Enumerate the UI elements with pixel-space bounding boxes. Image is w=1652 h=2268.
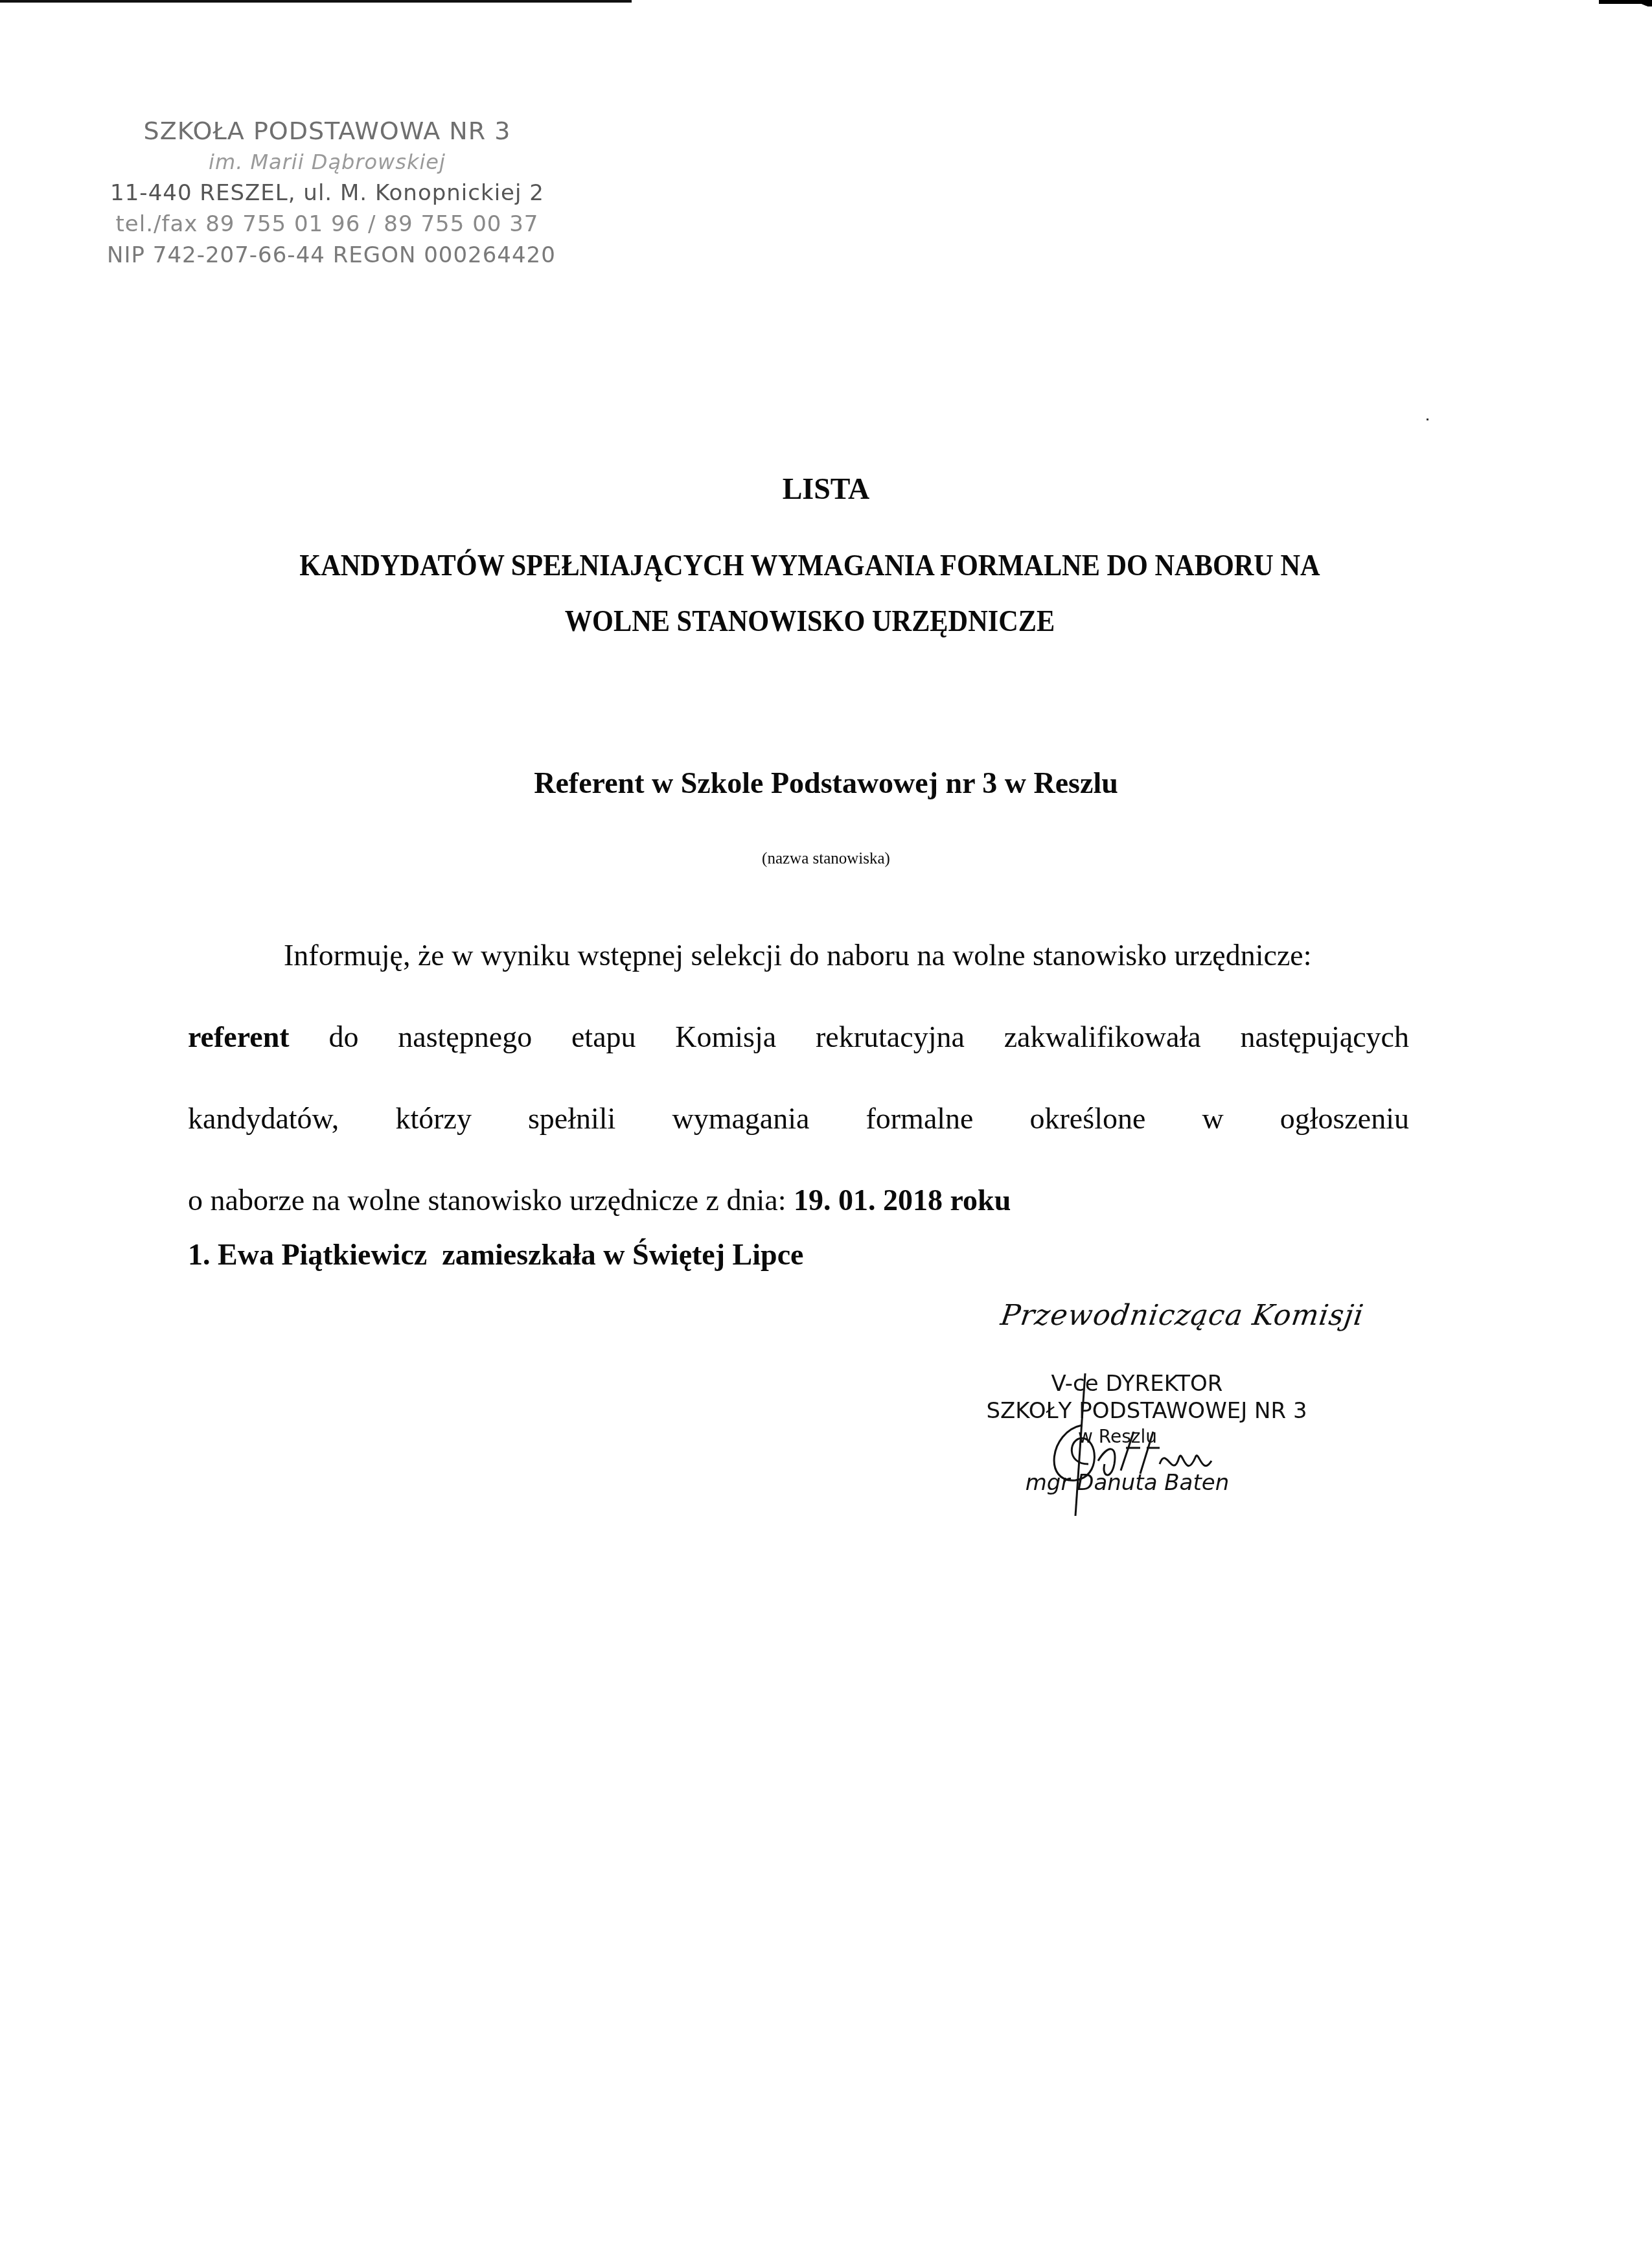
candidate-item: 1. Ewa Piątkiewicz zamieszkała w Świętej… [188,1237,803,1272]
body-word: etapu [571,996,636,1078]
body-word: kandydatów, [188,1078,339,1160]
body-word: którzy [395,1078,472,1160]
stamp-patron: im. Marii Dąbrowskiej [107,146,547,178]
position-keyword: referent [188,996,290,1078]
school-header-stamp: SZKOŁA PODSTAWOWA NR 3 im. Marii Dąbrows… [107,115,547,271]
position-name: Referent w Szkole Podstawowej nr 3 w Res… [0,766,1652,800]
signature-scribble-icon [1037,1367,1244,1522]
candidate-list: 1. Ewa Piątkiewicz zamieszkała w Świętej… [188,1237,803,1272]
body-word: następujących [1240,996,1409,1078]
announcement-text: o naborze na wolne stanowisko urzędnicze… [188,1184,794,1217]
body-word: Komisja [675,996,776,1078]
stamp-school-name: SZKOŁA PODSTAWOWA NR 3 [107,115,547,146]
stamp-ids: NIP 742-207-66-44 REGON 000264420 [107,240,547,271]
stamp-phone: tel./fax 89 755 01 96 / 89 755 00 37 [107,209,547,240]
body-paragraph: Informuję, że w wyniku wstępnej selekcji… [188,915,1409,1241]
body-word: w [1202,1078,1223,1160]
body-word: ogłoszeniu [1280,1078,1409,1160]
body-word: rekrutacyjna [816,996,965,1078]
scan-edge-line [0,0,632,3]
document-title: LISTA [0,472,1652,506]
body-word: spełnili [528,1078,615,1160]
subtitle-line-1: KANDYDATÓW SPEŁNIAJĄCYCH WYMAGANIA FORMA… [214,538,1406,593]
body-word: następnego [398,996,532,1078]
body-word: wymagania [672,1078,809,1160]
subtitle-line-2: WOLNE STANOWISKO URZĘDNICZE [214,593,1406,649]
stamp-address: 11-440 RESZEL, ul. M. Konopnickiej 2 [107,178,547,209]
body-line-3: kandydatów,którzyspełniliwymaganiaformal… [188,1078,1409,1160]
announcement-date: 19. 01. 2018 roku [794,1184,1011,1217]
body-line-2: referent donastępnegoetapuKomisjarekruta… [188,996,1409,1078]
scan-corner-mark [1599,0,1652,6]
position-caption: (nazwa stanowiska) [0,850,1652,868]
document-subtitle: KANDYDATÓW SPEŁNIAJĄCYCH WYMAGANIA FORMA… [214,538,1406,649]
handwritten-role: Przewodnicząca Komisji [998,1299,1366,1332]
body-word: formalne [866,1078,973,1160]
body-word: do [328,996,358,1078]
body-line-4: o naborze na wolne stanowisko urzędnicze… [188,1160,1409,1241]
body-line-1: Informuję, że w wyniku wstępnej selekcji… [188,915,1409,996]
body-word: określone [1030,1078,1146,1160]
body-word: zakwalifikowała [1004,996,1201,1078]
scan-speck [1427,418,1428,420]
